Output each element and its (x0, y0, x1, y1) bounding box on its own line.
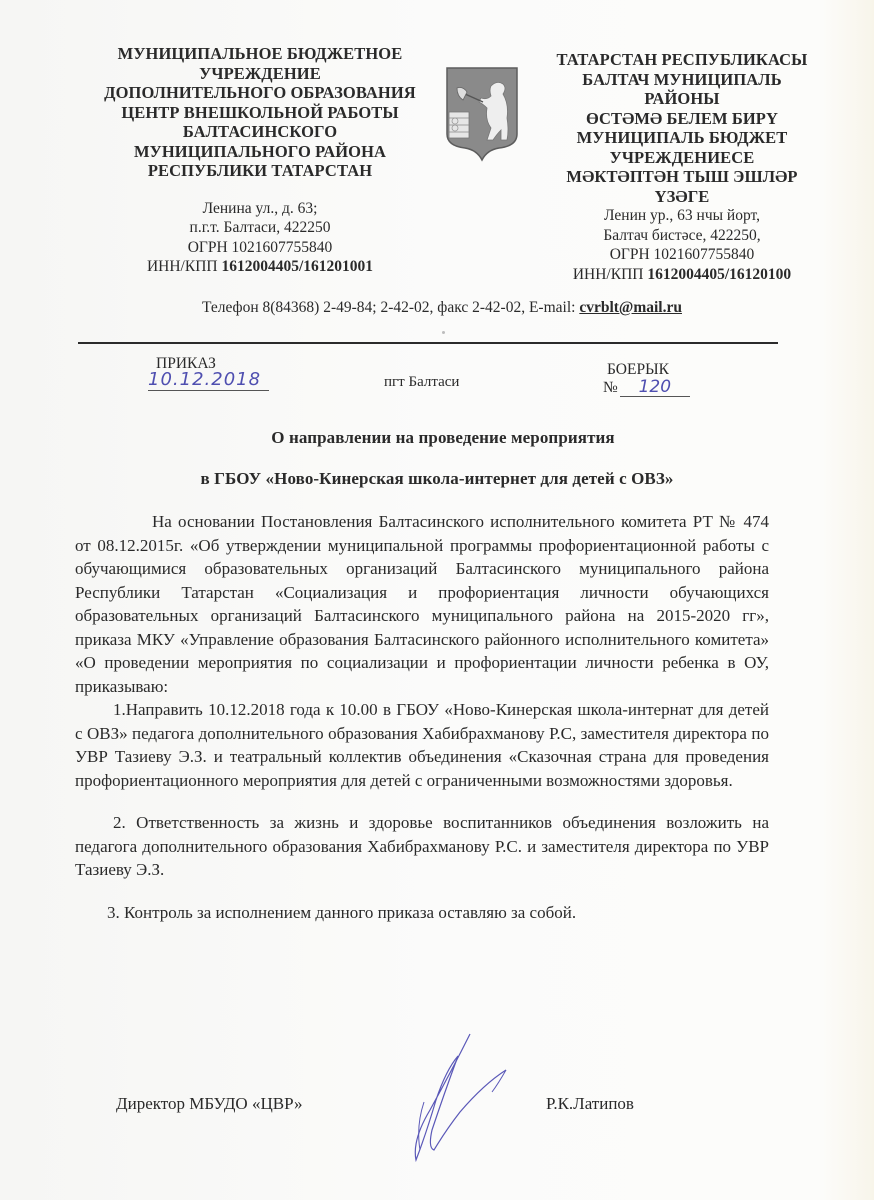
inn-value: 1612004405/161201001 (221, 258, 373, 275)
org-name-line: РЕСПУБЛИКИ ТАТАРСТАН (90, 161, 430, 181)
inn-value: 1612004405/16120100 (647, 266, 791, 283)
org-name-line: МУНИЦИПАЛЬНОГО РАЙОНА (90, 142, 430, 162)
order-title-line-2: в ГБОУ «Ново-Кинерская школа-интернет дл… (0, 469, 874, 489)
header-divider (78, 342, 778, 344)
signatory-position: Директор МБУДО «ЦВР» (116, 1094, 302, 1114)
order-item-2: 2. Ответственность за жизнь и здоровье в… (75, 811, 769, 882)
order-item-3: 3. Контроль за исполнением данного прика… (75, 901, 769, 925)
org-name-line: УЧРЕЖДЕНИЕСЕ (532, 148, 832, 168)
inn-line: ИНН/КПП 1612004405/16120100 (532, 265, 832, 285)
org-name-line: МУНИЦИПАЛЬ БЮДЖЕТ (532, 128, 832, 148)
order-body: На основании Постановления Балтасинского… (75, 510, 769, 924)
number-prefix: № (603, 379, 618, 396)
scan-speck (442, 331, 445, 334)
order-date-handwritten: 10.12.2018 (148, 369, 269, 391)
org-name-line: БАЛТАСИНСКОГО (90, 122, 430, 142)
org-name-line: УЧРЕЖДЕНИЕ (90, 64, 430, 84)
org-name-line: МУНИЦИПАЛЬНОЕ БЮДЖЕТНОЕ (90, 44, 430, 64)
org-name-line: ЦЕНТР ВНЕШКОЛЬНОЙ РАБОТЫ (90, 103, 430, 123)
order-number: №120 (603, 379, 690, 397)
header-left-russian: МУНИЦИПАЛЬНОЕ БЮДЖЕТНОЕ УЧРЕЖДЕНИЕ ДОПОЛ… (90, 44, 430, 277)
order-item-1: 1.Направить 10.12.2018 года к 10.00 в ГБ… (75, 698, 769, 792)
preamble-paragraph: На основании Постановления Балтасинского… (75, 510, 769, 698)
address-line: Ленин ур., 63 нчы йорт, (532, 206, 832, 226)
org-name-line: ӨСТӘМӘ БЕЛЕМ БИРҮ (532, 109, 832, 129)
org-name-line: ТАТАРСТАН РЕСПУБЛИКАСЫ (532, 50, 832, 70)
ogrn-line: ОГРН 1021607755840 (90, 238, 430, 258)
contacts-text: Телефон 8(84368) 2-49-84; 2-42-02, факс … (202, 299, 579, 316)
email-link[interactable]: cvrblt@mail.ru (579, 299, 682, 316)
address-block: Ленина ул., д. 63; п.г.т. Балтаси, 42225… (90, 199, 430, 277)
order-number-handwritten: 120 (620, 379, 690, 397)
inn-line: ИНН/КПП 1612004405/161201001 (90, 257, 430, 277)
address-line: п.г.т. Балтаси, 422250 (90, 218, 430, 238)
org-name-line: ҮЗӘГЕ (532, 187, 832, 207)
ogrn-line: ОГРН 1021607755840 (532, 245, 832, 265)
order-title-line-1: О направлении на проведение мероприятия (0, 428, 874, 448)
org-name-line: БАЛТАЧ МУНИЦИПАЛЬ (532, 70, 832, 90)
coat-of-arms-icon (443, 64, 521, 162)
inn-label: ИНН/КПП (147, 258, 222, 275)
header-right-tatar: ТАТАРСТАН РЕСПУБЛИКАСЫ БАЛТАЧ МУНИЦИПАЛЬ… (532, 50, 832, 284)
inn-label: ИНН/КПП (573, 266, 648, 283)
org-name-line: ДОПОЛНИТЕЛЬНОГО ОБРАЗОВАНИЯ (90, 83, 430, 103)
address-line: Балтач бистәсе, 422250, (532, 226, 832, 246)
contacts-line: Телефон 8(84368) 2-49-84; 2-42-02, факс … (0, 299, 874, 317)
address-line: Ленина ул., д. 63; (90, 199, 430, 219)
handwritten-signature (360, 1030, 530, 1170)
org-name-line: МӘКТӘПТӘН ТЫШ ЭШЛӘР (532, 167, 832, 187)
signatory-name: Р.К.Латипов (546, 1094, 634, 1114)
document-page: МУНИЦИПАЛЬНОЕ БЮДЖЕТНОЕ УЧРЕЖДЕНИЕ ДОПОЛ… (0, 0, 874, 1200)
order-place: пгт Балтаси (384, 374, 459, 391)
org-name-line: РАЙОНЫ (532, 89, 832, 109)
